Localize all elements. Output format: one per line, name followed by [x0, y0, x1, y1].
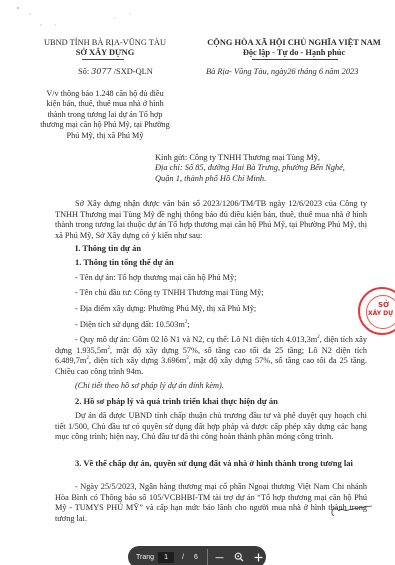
recipient-address-2: Quận 1, thành phố Hồ Chí Minh.: [155, 174, 345, 184]
bullet-location: - Địa điểm xây dựng: Phường Phú Mỹ, thị …: [75, 304, 256, 313]
document-number: Số: 3077 /SXD-QLN: [78, 67, 153, 76]
mortgage-paragraph: - Ngày 25/5/2023, Ngân hàng thương mại c…: [55, 482, 367, 524]
bullet-project-name: - Tên dự án: Tổ hợp thương mại căn hộ Ph…: [75, 273, 237, 282]
number-prefix: Số:: [78, 67, 89, 76]
zoom-reset-button[interactable]: [231, 548, 246, 565]
national-motto: Độc lập - Tự do - Hạnh phúc: [196, 48, 392, 58]
plus-icon: [254, 553, 263, 562]
total-pages: 6: [194, 554, 198, 561]
recipient-name: Kính gửi: Công ty TNHH Thương mại Tùng M…: [155, 153, 345, 163]
document-date: Bà Rịa- Vũng Tàu, ngày26 tháng 6 năm 202…: [206, 67, 358, 76]
nation-title: CỘNG HÒA XÃ HỘI CHỦ NGHĨA VIỆT NAM: [196, 38, 392, 48]
page-label: Trang: [136, 554, 154, 561]
department-underline: [82, 59, 124, 60]
seal-text-line2: XÂY DỰ: [368, 310, 393, 317]
magnifier-icon: [234, 552, 244, 562]
page-number-input[interactable]: [158, 552, 174, 563]
date-prefix: Bà Rịa- Vũng Tàu, ngày: [206, 67, 287, 76]
motto-underline: [252, 59, 338, 60]
bullet-land-area: - Diện tích sử dụng đất: 10.503m2;: [75, 320, 190, 329]
national-header: CỘNG HÒA XÃ HỘI CHỦ NGHĨA VIỆT NAM Độc l…: [196, 38, 392, 58]
pdf-viewer-toolbar: Trang / 6: [128, 546, 266, 565]
official-seal: SỞ XÂY DỰ: [358, 287, 395, 335]
issuer-department: SỞ XÂY DỰNG: [40, 48, 170, 58]
section-1-2-title: 2. Hồ sơ pháp lý và quá trình triển khai…: [75, 396, 278, 406]
scan-noise: [0, 0, 395, 40]
initial-signature: [328, 504, 373, 518]
issuer-block: UBND TỈNH BÀ RỊA-VŨNG TÀU SỞ XÂY DỰNG: [40, 38, 170, 58]
intro-paragraph: Sở Xây dựng nhận được văn bản số 2023/12…: [55, 199, 367, 241]
document-subject: V/v thông báo 1.248 căn hộ đủ điều kiện …: [40, 89, 170, 141]
date-day: 26: [287, 67, 295, 76]
recipient-block: Kính gửi: Công ty TNHH Thương mại Tùng M…: [155, 153, 345, 184]
number-suffix: /SXD-QLN: [114, 67, 153, 76]
attachment-note: (Chi tiết theo hồ sơ pháp lý dự án đính …: [75, 381, 224, 390]
section-1-3-title: 3. Về thế chấp dự án, quyền sử dụng đất …: [55, 458, 367, 469]
page-separator: /: [182, 554, 184, 561]
date-month: 6: [319, 67, 323, 76]
section-1-title: I. Thông tin dự án: [75, 243, 141, 253]
date-year: năm 2023: [325, 67, 358, 76]
zoom-in-button[interactable]: [251, 548, 266, 565]
date-month-label: tháng: [298, 67, 317, 76]
zoom-out-button[interactable]: [212, 548, 227, 565]
minus-icon: [215, 553, 224, 562]
legal-status-paragraph: Dự án đã được UBND tỉnh chấp thuận chủ t…: [55, 411, 367, 443]
section-1-1-title: 1. Thông tin tổng thể dự án: [75, 257, 174, 267]
number-handwritten: 3077: [91, 67, 111, 76]
project-scale-paragraph: - Quy mô dự án: Gồm 02 lô N1 và N2, cụ t…: [55, 335, 367, 377]
recipient-address-1: Địa chỉ: Số 85, đường Hai Bà Trưng, phườ…: [155, 163, 345, 173]
issuer-organization: UBND TỈNH BÀ RỊA-VŨNG TÀU: [40, 38, 170, 48]
document-page: UBND TỈNH BÀ RỊA-VŨNG TÀU SỞ XÂY DỰNG CỘ…: [0, 0, 395, 565]
bullet-investor: - Tên chủ đầu tư: Công ty TNHH Thương mạ…: [75, 288, 264, 297]
seal-text-line1: SỞ: [378, 301, 389, 309]
toolbar-divider: [207, 549, 208, 565]
